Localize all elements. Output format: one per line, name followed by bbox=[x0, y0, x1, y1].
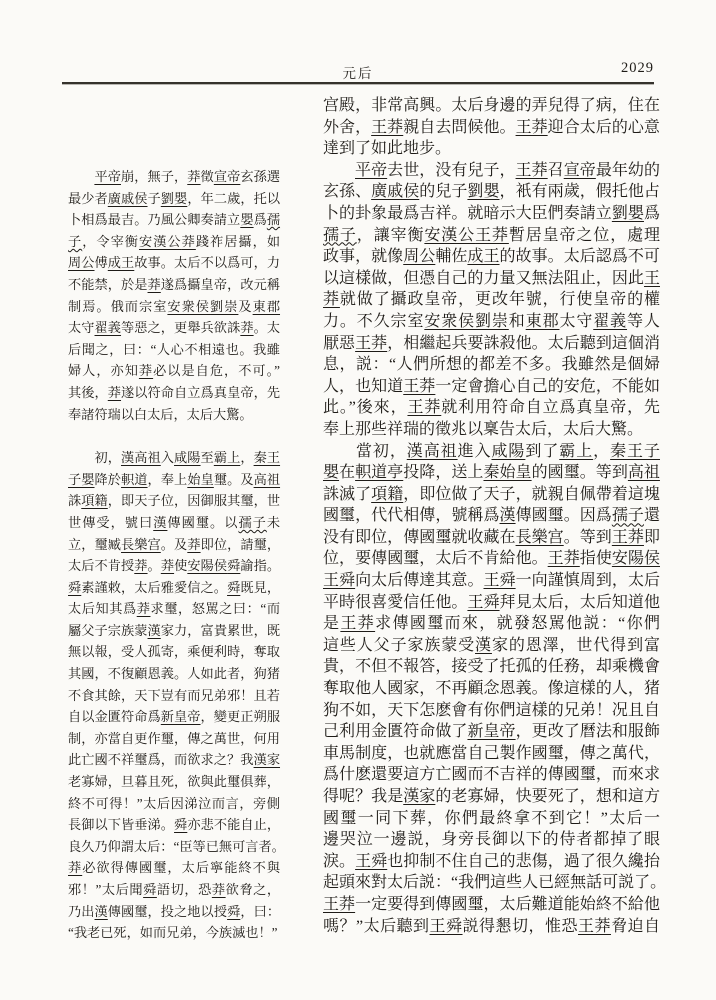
text-line: 良久乃仰謂太后：“臣等已無可言者。 bbox=[68, 836, 280, 858]
proper-noun-mark: 漢高祖 bbox=[121, 450, 161, 465]
proper-noun-mark: 平帝 bbox=[94, 169, 121, 184]
header-rule bbox=[62, 82, 654, 84]
proper-noun-mark: 漢 bbox=[153, 515, 167, 530]
text-line: 政事，就像周公輔佐成王的故事。太后認爲不可 bbox=[323, 246, 660, 268]
proper-noun-mark: 安漢公 bbox=[139, 234, 182, 249]
proper-noun-mark: 軹道亭 bbox=[355, 464, 403, 481]
text-line: 得呢？我是漢家的老寡婦，快要死了，想和這方 bbox=[323, 786, 660, 808]
proper-noun-mark: 漢 bbox=[148, 623, 161, 638]
text-line: 王莽一定要得到傳國璽，太后難道能始終不給他 bbox=[323, 894, 660, 916]
text-line: 起頭來對太后説：“我們這些人已經無話可説了。 bbox=[323, 872, 660, 894]
proper-noun-mark: 東郡 bbox=[526, 313, 560, 330]
proper-noun-mark: 新皇帝 bbox=[161, 709, 201, 724]
text-line: 息，説：“人們所想的都差不多。我雖然是個婦 bbox=[323, 354, 660, 376]
proper-noun-mark: 安衆侯 bbox=[167, 299, 210, 314]
title-mark: 孺 bbox=[267, 212, 280, 227]
text-line: 最少者廣戚侯子劉嬰，年二歲，托以 bbox=[68, 188, 280, 210]
proper-noun-mark: 周公 bbox=[68, 255, 95, 270]
proper-noun-mark: 劉嬰 bbox=[161, 191, 188, 206]
proper-noun-mark: 秦王 bbox=[254, 450, 280, 465]
proper-noun-mark: 翟義 bbox=[593, 313, 627, 330]
text-line: 不能禁，於是莽遂爲攝皇帝，改元稱 bbox=[68, 274, 280, 296]
paragraph: 當初，漢高祖進入咸陽到了霸上，秦王子嬰在軹道亭投降，送上秦始皇的國璽。等到高祖誅… bbox=[323, 441, 660, 938]
proper-noun-mark: 軹道 bbox=[121, 472, 148, 487]
proper-noun-mark: 王莽 bbox=[407, 399, 441, 416]
proper-noun-mark: 王舜 bbox=[355, 853, 387, 870]
text-line: 此亡國不祥璽爲，而欲求之？我漢家 bbox=[68, 749, 280, 771]
proper-noun-mark: 王舜 bbox=[484, 572, 516, 589]
proper-noun-mark: 王莽 bbox=[340, 615, 375, 632]
text-line: 婦人，亦知莽必以是自危，不可。” bbox=[68, 360, 280, 382]
text-line: 子，令宰衡安漢公莽踐祚居攝，如 bbox=[68, 231, 280, 253]
proper-noun-mark: 舜 bbox=[68, 580, 81, 595]
text-line: 卜相爲最吉。乃風公卿奏請立嬰爲孺 bbox=[68, 209, 280, 231]
proper-noun-mark: 翟義 bbox=[95, 320, 122, 335]
text-line: 力。不久宗室安衆侯劉崇和東郡太守翟義等人 bbox=[323, 311, 660, 333]
proper-noun-mark: 劉嬰 bbox=[612, 205, 644, 222]
proper-noun-mark: 王莽 bbox=[578, 918, 611, 935]
text-line: 國璽，代代相傳，號稱爲漢傳國璽。因爲孺子還 bbox=[323, 505, 660, 527]
proper-noun-mark: 咸陽 bbox=[174, 450, 201, 465]
proper-noun-mark: 長樂宫 bbox=[516, 529, 564, 546]
text-line: 達到了如此地步。 bbox=[323, 138, 660, 160]
text-line: 屬父子宗族蒙漢家力，富貴累世，既 bbox=[68, 620, 280, 642]
text-line: 外舍，王莽親自去問候他。王莽迎合太后的心意 bbox=[323, 117, 660, 139]
proper-noun-mark: 舜 bbox=[227, 580, 240, 595]
proper-noun-mark: 平帝 bbox=[355, 162, 387, 179]
text-line: 厭惡王莽，相繼起兵要誅殺他。太后聽到這個消 bbox=[323, 333, 660, 355]
text-line: 當初，漢高祖進入咸陽到了霸上，秦王子 bbox=[323, 441, 660, 463]
proper-noun-mark: 王莽 bbox=[323, 896, 355, 913]
proper-noun-mark: 周公 bbox=[403, 248, 435, 265]
text-line: 邪！”太后聞舜語切，恐莽欲脅之， bbox=[68, 879, 280, 901]
proper-noun-mark: 王莽 bbox=[475, 227, 509, 244]
text-line: 后聞之，曰：“人心不相遠也。我雖 bbox=[68, 339, 280, 361]
text-line: 宫殿，非常高興。太后身邊的弄兒得了病，住在 bbox=[323, 95, 660, 117]
text-line: 太后不肯授莽。莽使安陽侯舜諭指。 bbox=[68, 555, 280, 577]
proper-noun-mark: 廣戚侯 bbox=[108, 191, 148, 206]
proper-noun-mark: 新皇帝 bbox=[467, 723, 515, 740]
text-line: 初，漢高祖入咸陽至霸上，秦王 bbox=[68, 447, 280, 469]
proper-noun-mark: 劉嬰 bbox=[467, 183, 499, 200]
proper-noun-mark: 安漢公 bbox=[424, 227, 475, 244]
text-line: 誅項籍，即天子位，因御服其璽，世 bbox=[68, 490, 280, 512]
proper-noun-mark: 王舜 bbox=[467, 594, 499, 611]
title-mark: 子 bbox=[68, 234, 82, 249]
text-line: 制，亦當自更作璽，傳之萬世，何用 bbox=[68, 728, 280, 750]
proper-noun-mark: 安陽侯 bbox=[612, 550, 660, 567]
proper-noun-mark: 漢 bbox=[500, 507, 516, 524]
text-line: 終不可得！”太后因涕泣而言，旁側 bbox=[68, 793, 280, 815]
text-line: 太守翟義等惡之，更舉兵欲誅莽。太 bbox=[68, 317, 280, 339]
text-line: 制焉。俄而宗室安衆侯劉崇及東郡 bbox=[68, 296, 280, 318]
proper-noun-mark: 舜 bbox=[227, 904, 240, 919]
proper-noun-mark: 秦王子 bbox=[610, 443, 660, 460]
text-line: 孺子，讓宰衡安漢公王莽暫居皇帝之位，處理 bbox=[323, 225, 660, 247]
proper-noun-mark: 王莽 bbox=[403, 378, 435, 395]
proper-noun-mark: 莽 bbox=[148, 277, 161, 292]
text-line: 貴，不但不報答，接受了托孤的任務，却乘機會 bbox=[323, 656, 660, 678]
proper-noun-mark: 嬰 bbox=[240, 212, 253, 227]
proper-noun-mark: 成王 bbox=[467, 248, 499, 265]
proper-noun-mark: 莽 bbox=[68, 860, 82, 875]
proper-noun-mark: 王莽 bbox=[516, 162, 548, 179]
text-line: 立，璽臧長樂宫。及莽即位，請璽， bbox=[68, 534, 280, 556]
paragraph: 初，漢高祖入咸陽至霸上，秦王子嬰降於軹道，奉上始皇璽。及高祖誅項籍，即天子位，因… bbox=[68, 447, 280, 944]
proper-noun-mark: 子嬰 bbox=[68, 472, 95, 487]
proper-noun-mark: 莽 bbox=[161, 558, 174, 573]
proper-noun-mark: 莽 bbox=[108, 385, 121, 400]
proper-noun-mark: 漢 bbox=[95, 904, 108, 919]
proper-noun-mark: 王莽 bbox=[548, 550, 580, 567]
text-line: 卜的卦象最爲吉祥。就暗示大臣們奏請立劉嬰爲 bbox=[323, 203, 660, 225]
text-line: 世傳受，號曰漢傳國璽。以孺子未 bbox=[68, 512, 280, 534]
text-line: 平時很喜愛信任他。王舜拜見太后，太后知道他 bbox=[323, 592, 660, 614]
proper-noun-mark: 項籍 bbox=[81, 493, 108, 508]
proper-noun-mark: 劉崇 bbox=[475, 313, 509, 330]
paragraph: 宫殿，非常高興。太后身邊的弄兒得了病，住在外舍，王莽親自去問候他。王莽迎合太后的… bbox=[323, 95, 660, 160]
text-line: 玄孫、廣戚侯的兒子劉嬰，衹有兩歲，假托他占 bbox=[323, 181, 660, 203]
proper-noun-mark: 莽 bbox=[323, 291, 340, 308]
proper-noun-mark: 安衆侯 bbox=[424, 313, 475, 330]
text-line: 不食其餘，天下豈有而兄弟邪！且若 bbox=[68, 685, 280, 707]
proper-noun-mark: 嬰 bbox=[323, 464, 339, 481]
proper-noun-mark: 舜 bbox=[143, 882, 157, 897]
book-page: 元后 2029 平帝崩，無子，莽徵宣帝玄孫選最少者廣戚侯子劉嬰，年二歲，托以卜相… bbox=[0, 0, 716, 1000]
proper-noun-mark: 莽 bbox=[134, 558, 147, 573]
text-line: 長御以下皆垂涕。舜亦悲不能自止， bbox=[68, 814, 280, 836]
proper-noun-mark: 莽 bbox=[187, 169, 200, 184]
proper-noun-mark: 霸上 bbox=[214, 450, 241, 465]
text-line: 莽就做了攝政皇帝，更改年號，行使皇帝的權 bbox=[323, 289, 660, 311]
text-line: 乃出漢傳國璽，投之地以授舜，曰： bbox=[68, 901, 280, 923]
text-line: “我老已死，如而兄弟，今族滅也！” bbox=[68, 922, 280, 944]
text-line: 以這樣做，但憑自己的力量又無法阻止，因此王 bbox=[323, 268, 660, 290]
text-line: 老寡婦，旦暮且死，欲與此璽俱葬， bbox=[68, 771, 280, 793]
text-line: 這些人父子家族蒙受漢家的恩澤，世代得到富 bbox=[323, 635, 660, 657]
proper-noun-mark: 東郡 bbox=[253, 299, 280, 314]
proper-noun-mark: 劉崇 bbox=[210, 299, 238, 314]
text-line: 平帝去世，没有兒子，王莽召宣帝最年幼的 bbox=[323, 160, 660, 182]
proper-noun-mark: 莽 bbox=[139, 363, 153, 378]
proper-noun-mark: 王舜 bbox=[430, 918, 463, 935]
proper-noun-mark: 莽 bbox=[212, 882, 226, 897]
proper-noun-mark: 始皇 bbox=[187, 472, 214, 487]
proper-noun-mark: 安陽侯 bbox=[187, 558, 227, 573]
text-line: 爲什麽還要這方亡國而不吉祥的傳國璽，而來求 bbox=[323, 764, 660, 786]
proper-noun-mark: 莽 bbox=[137, 601, 151, 616]
proper-noun-mark: 高祖 bbox=[254, 472, 280, 487]
proper-noun-mark: 成王 bbox=[108, 255, 135, 270]
text-line: 平帝崩，無子，莽徵宣帝玄孫選 bbox=[68, 166, 280, 188]
proper-noun-mark: 漢家 bbox=[403, 788, 435, 805]
proper-noun-mark: 宣帝 bbox=[214, 169, 241, 184]
proper-noun-mark: 莽 bbox=[182, 234, 196, 249]
text-line: 莽必欲得傳國璽，太后寧能終不與 bbox=[68, 857, 280, 879]
page-number: 2029 bbox=[621, 60, 654, 77]
text-line: 狗不如，天下怎麽會有你們這樣的兄弟！况且自 bbox=[323, 700, 660, 722]
text-line: 舜素謹敕，太后雅愛信之。舜既見， bbox=[68, 577, 280, 599]
proper-noun-mark: 舜 bbox=[227, 558, 240, 573]
text-line: 此。”後來，王莽就利用符命自立爲真皇帝，先 bbox=[323, 397, 660, 419]
proper-noun-mark: 廣戚侯 bbox=[371, 183, 419, 200]
proper-noun-mark: 漢高祖 bbox=[407, 443, 458, 460]
text-line: 嗎？”太后聽到王舜説得懇切，惟恐王莽脅迫自 bbox=[323, 916, 660, 938]
text-line: 嬰在軹道亭投降，送上秦始皇的國璽。等到高祖 bbox=[323, 462, 660, 484]
column-classical-text: 平帝崩，無子，莽徵宣帝玄孫選最少者廣戚侯子劉嬰，年二歲，托以卜相爲最吉。乃風公卿… bbox=[68, 166, 280, 944]
text-line: 邊哭泣一邊説，身旁長御以下的侍者都掉了眼 bbox=[323, 829, 660, 851]
text-line: 位，要傳國璽，太后不肯給他。王莽指使安陽侯 bbox=[323, 548, 660, 570]
text-line: 没有即位，傳國璽就收藏在長樂宫。等到王莽即 bbox=[323, 527, 660, 549]
text-line: 奉上那些祥瑞的徵兆以稟告太后，太后大驚。 bbox=[323, 419, 660, 441]
proper-noun-mark: 霸上 bbox=[559, 443, 593, 460]
proper-noun-mark: 王 bbox=[644, 270, 660, 287]
paragraph: 平帝去世，没有兒子，王莽召宣帝最年幼的玄孫、廣戚侯的兒子劉嬰，衹有兩歲，假托他占… bbox=[323, 160, 660, 441]
proper-noun-mark: 漢 bbox=[475, 637, 492, 654]
proper-noun-mark: 長樂宫 bbox=[121, 537, 161, 552]
running-head-title: 元后 bbox=[0, 62, 716, 82]
proper-noun-mark: 王莽 bbox=[612, 529, 644, 546]
title-mark: 孺子 bbox=[323, 227, 357, 244]
text-line: 無以報，受人孤寄，乘便利時，奪取 bbox=[68, 641, 280, 663]
proper-noun-mark: 莽 bbox=[187, 537, 200, 552]
proper-noun-mark: 咸陽 bbox=[491, 443, 525, 460]
paragraph: 平帝崩，無子，莽徵宣帝玄孫選最少者廣戚侯子劉嬰，年二歲，托以卜相爲最吉。乃風公卿… bbox=[68, 166, 280, 425]
text-line: 人，也知道王莽一定會擔心自己的安危，不能如 bbox=[323, 376, 660, 398]
proper-noun-mark: 項籍 bbox=[371, 486, 403, 503]
text-line: 車馬制度，也就應當自己製作國璽，傳之萬代， bbox=[323, 743, 660, 765]
text-line: 國璽一同下葬，你們最終拿不到它！”太后一 bbox=[323, 808, 660, 830]
text-line: 其後，莽遂以符命自立爲真皇帝，先 bbox=[68, 382, 280, 404]
text-line: 其國，不復顧恩義。人如此者，狗猪 bbox=[68, 663, 280, 685]
proper-noun-mark: 王莽 bbox=[355, 335, 387, 352]
text-line: 子嬰降於軹道，奉上始皇璽。及高祖 bbox=[68, 469, 280, 491]
title-mark: 孺子 bbox=[612, 507, 644, 524]
text-line: 己利用金匱符命做了新皇帝，更改了曆法和服飾 bbox=[323, 721, 660, 743]
text-line: 誅滅了項籍，即位做了天子，就親自佩帶着這塊 bbox=[323, 484, 660, 506]
text-line: 奉諸符瑞以白太后，太后大驚。 bbox=[68, 404, 280, 426]
column-translation-text: 宫殿，非常高興。太后身邊的弄兒得了病，住在外舍，王莽親自去問候他。王莽迎合太后的… bbox=[323, 95, 660, 937]
proper-noun-mark: 舜 bbox=[174, 817, 187, 832]
proper-noun-mark: 王舜 bbox=[323, 572, 355, 589]
proper-noun-mark: 秦始皇 bbox=[483, 464, 531, 481]
text-line: 周公傅成王故事。太后不以爲可，力 bbox=[68, 252, 280, 274]
proper-noun-mark: 高祖 bbox=[628, 464, 660, 481]
text-line: 淚。王舜也抑制不住自己的悲傷，過了很久纔抬 bbox=[323, 851, 660, 873]
text-line: 是王莽求傳國璽而來，就發怒駡他説：“你們 bbox=[323, 613, 660, 635]
proper-noun-mark: 漢家 bbox=[254, 752, 280, 767]
text-line: 奪取他人國家，不再顧念恩義。像這樣的人，猪 bbox=[323, 678, 660, 700]
proper-noun-mark: 宣帝 bbox=[564, 162, 596, 179]
proper-noun-mark: 王莽 bbox=[516, 119, 548, 136]
text-line: 自以金匱符命爲新皇帝，變更正朔服 bbox=[68, 706, 280, 728]
text-line: 王舜向太后傳達其意。王舜一向謹慎周到，太后 bbox=[323, 570, 660, 592]
title-mark: 孺子 bbox=[238, 515, 266, 530]
proper-noun-mark: 莽 bbox=[240, 320, 253, 335]
proper-noun-mark: 王莽 bbox=[371, 119, 403, 136]
text-line: 太后知其爲莽求璽，怒駡之曰：“而 bbox=[68, 598, 280, 620]
